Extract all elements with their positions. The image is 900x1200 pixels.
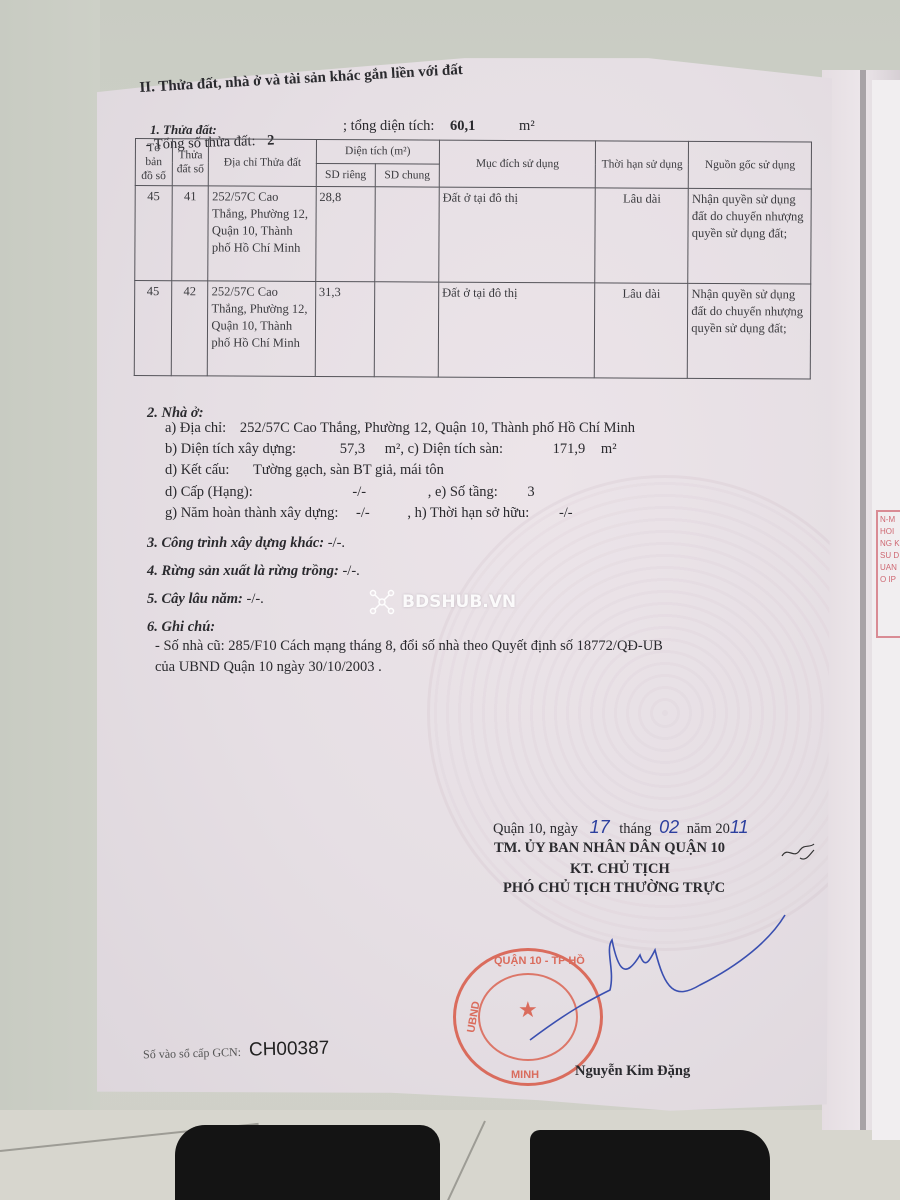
grade-label: d) Cấp (Hạng): [165,484,253,500]
signature [500,910,800,1050]
ownership-term-value: -/- [559,505,573,521]
house-area-row: b) Diện tích xây dựng: 57,3 m², c) Diện … [165,441,617,458]
floor-area-value: 171,9 [553,441,586,457]
grade-value: -/- [352,484,366,500]
house-address-value: 252/57C Cao Thắng, Phường 12, Quận 10, T… [240,420,635,436]
col-header-map-sheet: Tờ bản đồ số [135,139,172,186]
total-area-value: 60,1 [450,118,475,134]
house-year-row: g) Năm hoàn thành xây dựng: -/- , h) Thờ… [165,505,573,522]
cell-parcel-no: 42 [171,281,208,376]
col-header-shared-use: SD chung [375,163,439,187]
notes-line-1: - Số nhà cũ: 285/F10 Cách mạng tháng 8, … [155,638,663,655]
perennial-value: -/-. [247,591,264,607]
floor-area-unit: m² [601,441,617,457]
cell-term: Lâu dài [595,188,689,283]
cell-shared-area [374,282,439,377]
col-header-address: Địa chỉ Thửa đất [209,139,317,187]
cell-origin: Nhận quyền sử dụng đất do chuyển nhượng … [688,283,811,379]
authority-line-2: KT. CHỦ TỊCH [570,861,670,878]
side-stamp: N-MHOING KSU DUANO IP [876,510,900,638]
initials-mark [780,838,820,868]
cell-purpose: Đất ở tại đô thị [439,187,596,283]
watermark-text: BDSHUB.VN [402,592,516,612]
table-row: 45 42 252/57C Cao Thắng, Phường 12, Quận… [134,281,810,380]
build-area-unit: m² [385,441,401,457]
forest-label: 4. Rừng sản xuất là rừng trồng: [147,563,339,579]
cell-purpose: Đất ở tại đô thị [438,282,595,378]
date-year-label: năm 20 [687,821,730,837]
floors-label: , e) Số tầng: [428,484,498,500]
build-area-value: 57,3 [340,441,365,457]
house-address-label: a) Địa chỉ: [165,420,226,436]
issue-date-row: Quận 10, ngày 17 tháng 02 năm 2011 [493,817,749,838]
cell-address: 252/57C Cao Thắng, Phường 12, Quận 10, T… [208,281,316,377]
col-header-purpose: Mục đích sử dụng [439,140,595,188]
date-year: 11 [730,817,749,837]
total-area-unit: m² [519,118,535,134]
other-works-label: 3. Công trình xây dựng khác: [147,535,324,551]
notes-heading: 6. Ghi chú: [147,619,215,636]
col-header-area: Diện tích (m²) [316,139,439,163]
forest-value: -/-. [342,563,359,579]
book-spine [860,70,866,1130]
table-row: 45 41 252/57C Cao Thắng, Phường 12, Quận… [135,186,811,285]
total-area-label: ; tổng diện tích: [343,118,434,134]
date-month-label: tháng [619,821,651,837]
year-value: -/- [356,505,370,521]
floor-area-label: , c) Diện tích sàn: [400,441,503,457]
house-address-row: a) Địa chỉ: 252/57C Cao Thắng, Phường 12… [165,420,635,437]
floors-value: 3 [527,484,534,500]
house-structure-row: d) Kết cấu: Tường gạch, sàn BT giả, mái … [165,462,444,479]
cell-map-sheet: 45 [135,186,172,281]
authority-line-3: PHÓ CHỦ TỊCH THƯỜNG TRỰC [503,880,725,897]
seal-text-bottom: MINH [511,1069,539,1081]
total-area-row: ; tổng diện tích: 60,1 m² [343,118,535,135]
cell-origin: Nhận quyền sử dụng đất do chuyển nhượng … [688,188,811,284]
other-works-row: 3. Công trình xây dựng khác: -/-. [147,535,345,552]
table-header-row: Tờ bản đồ số Thửa đất số Địa chỉ Thửa đấ… [135,139,811,166]
date-month: 02 [659,817,679,837]
ownership-term-label: , h) Thời hạn sở hữu: [407,505,529,521]
registry-number: CH00387 [249,1038,330,1061]
perennial-row: 5. Cây lâu năm: -/-. [147,591,264,608]
cell-shared-area [375,187,440,282]
forest-row: 4. Rừng sản xuất là rừng trồng: -/-. [147,563,360,580]
perennial-label: 5. Cây lâu năm: [147,591,243,607]
signer-name: Nguyễn Kim Đặng [575,1063,690,1080]
watermark: BDSHUB.VN [368,588,516,616]
col-header-term: Thời hạn sử dụng [595,141,688,188]
registry-label: Số vào sổ cấp GCN: [143,1045,241,1062]
person-leg-left [175,1125,440,1200]
col-header-origin: Nguồn gốc sử dụng [689,141,812,189]
authority-line-1: TM. ỦY BAN NHÂN DÂN QUẬN 10 [494,840,725,857]
cell-parcel-no: 41 [171,186,208,281]
col-header-parcel-no: Thửa đất số [172,139,209,186]
parcel-table: Tờ bản đồ số Thửa đất số Địa chỉ Thửa đấ… [134,138,812,380]
structure-label: d) Kết cấu: [165,462,229,478]
network-nodes-icon [368,588,396,616]
background-wall [0,0,100,1200]
cell-map-sheet: 45 [134,281,171,376]
person-leg-right [530,1130,770,1200]
notes-line-2: của UBND Quận 10 ngày 30/10/2003 . [155,659,382,676]
build-area-label: b) Diện tích xây dựng: [165,441,296,457]
col-header-private-use: SD riêng [316,163,375,187]
date-day: 17 [590,817,610,837]
other-works-value: -/-. [328,535,345,551]
house-grade-row: d) Cấp (Hạng): -/- , e) Số tầng: 3 [165,484,535,501]
cell-address: 252/57C Cao Thắng, Phường 12, Quận 10, T… [208,186,316,282]
date-place: Quận 10, ngày [493,821,578,837]
year-label: g) Năm hoàn thành xây dựng: [165,505,338,521]
cell-private-area: 31,3 [315,281,375,376]
cell-private-area: 28,8 [315,186,375,281]
structure-value: Tường gạch, sàn BT giả, mái tôn [253,462,444,478]
cell-term: Lâu dài [594,283,688,378]
